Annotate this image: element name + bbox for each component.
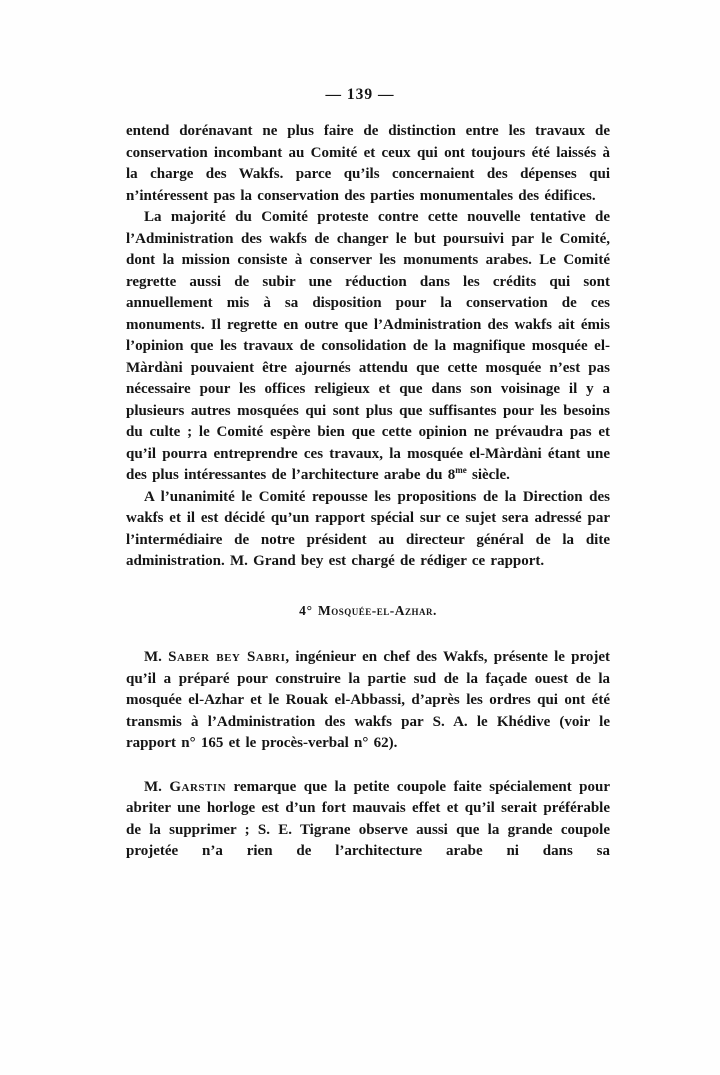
- section-title: Mosquée-el-Azhar.: [318, 603, 437, 618]
- paragraph-2-text: La majorité du Comité proteste contre ce…: [126, 209, 610, 483]
- speaker-name-sabri: Saber bey Sabri: [168, 649, 285, 665]
- paragraph-5: M. Garstin remarque que la petite coupol…: [126, 777, 610, 863]
- text-block: entend dorénavant ne plus faire de disti…: [126, 121, 610, 863]
- section-heading: 4° Mosquée-el-Azhar.: [126, 600, 610, 622]
- paragraph-2: La majorité du Comité proteste contre ce…: [126, 207, 610, 487]
- paragraph-1: entend dorénavant ne plus faire de disti…: [126, 121, 610, 207]
- paragraph-2-end: siècle.: [467, 467, 510, 483]
- superscript-ordinal: me: [455, 465, 467, 475]
- page-number: — 139 —: [0, 86, 720, 104]
- speaker-honorific-garstin: M.: [144, 779, 169, 795]
- speaker-honorific-sabri: M.: [144, 649, 168, 665]
- speaker-name-garstin: Garstin: [169, 779, 226, 795]
- paragraph-4: M. Saber bey Sabri, ingénieur en chef de…: [126, 647, 610, 755]
- section-number: 4°: [299, 603, 318, 618]
- document-page: — 139 — entend dorénavant ne plus faire …: [0, 0, 720, 1075]
- paragraph-3: A l’unanimité le Comité repousse les pro…: [126, 487, 610, 573]
